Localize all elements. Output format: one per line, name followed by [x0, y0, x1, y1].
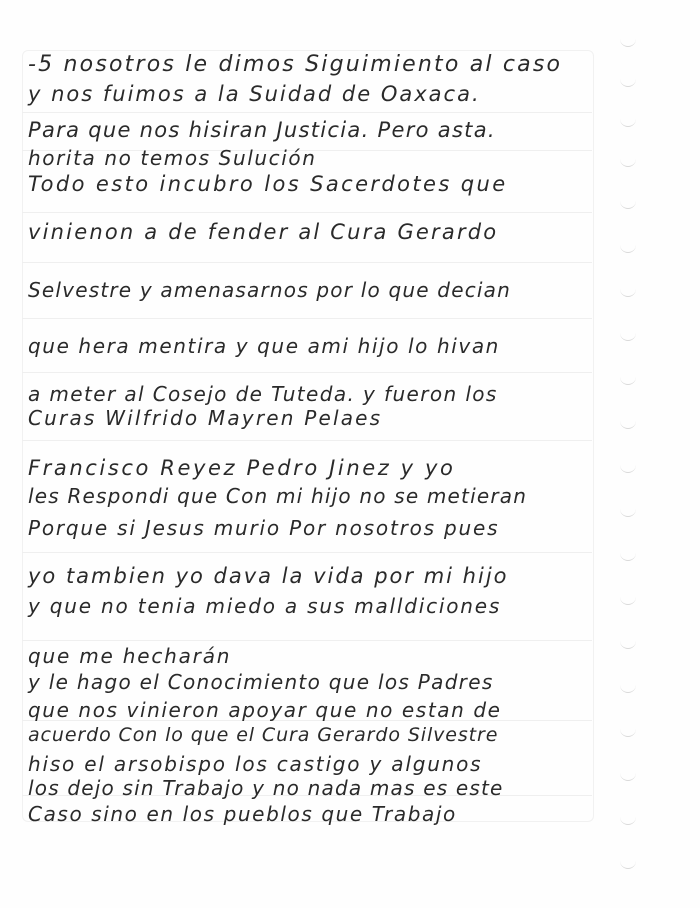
text-line-3: Para que nos hisiran Justicia. Pero asta… — [28, 118, 496, 142]
rule-line — [22, 262, 592, 263]
margin-arc-mark — [620, 332, 636, 341]
margin-arc-mark — [620, 420, 636, 429]
margin-arc-mark — [620, 78, 636, 87]
margin-arc-mark — [620, 288, 636, 297]
margin-arc-mark — [620, 816, 636, 825]
text-line-12: les Respondi que Con mi hijo no se metie… — [28, 484, 527, 508]
margin-arc-mark — [620, 684, 636, 693]
margin-arc-mark — [620, 728, 636, 737]
text-line-22: Caso sino en los pueblos que Trabajo — [28, 802, 457, 826]
rule-line — [22, 112, 592, 113]
text-line-13: Porque si Jesus murio Por nosotros pues — [28, 516, 499, 540]
text-line-8: que hera mentira y que ami hijo lo hivan — [28, 334, 500, 358]
margin-arc-mark — [620, 640, 636, 649]
margin-arc-mark — [620, 508, 636, 517]
text-line-19: acuerdo Con lo que el Cura Gerardo Silve… — [28, 724, 498, 746]
margin-arc-mark — [620, 772, 636, 781]
text-line-14: yo tambien yo dava la vida por mi hijo — [28, 564, 509, 588]
margin-arc-mark — [620, 376, 636, 385]
text-line-1: -5 nosotros le dimos Siguimiento al caso — [28, 52, 562, 77]
margin-arc-mark — [620, 38, 636, 47]
text-line-2: y nos fuimos a la Suidad de Oaxaca. — [28, 82, 481, 106]
rule-line — [22, 318, 592, 319]
margin-arc-mark — [620, 464, 636, 473]
text-line-18: que nos vinieron apoyar que no estan de — [28, 698, 502, 722]
margin-arc-mark — [620, 118, 636, 127]
text-line-11: Francisco Reyez Pedro Jinez y yo — [28, 456, 455, 480]
margin-arc-mark — [620, 860, 636, 869]
rule-line — [22, 372, 592, 373]
rule-line — [22, 640, 592, 641]
margin-arc-mark — [620, 244, 636, 253]
text-line-10: Curas Wilfrido Mayren Pelaes — [28, 406, 382, 430]
text-line-6: vinienon a de fender al Cura Gerardo — [28, 220, 498, 244]
text-line-15: y que no tenia miedo a sus malldiciones — [28, 594, 501, 618]
text-line-21: los dejo sin Trabajo y no nada mas es es… — [28, 776, 504, 800]
rule-line — [22, 552, 592, 553]
text-line-7: Selvestre y amenasarnos por lo que decia… — [28, 278, 511, 302]
rule-line — [22, 440, 592, 441]
scanned-page: -5 nosotros le dimos Siguimiento al caso… — [0, 0, 700, 908]
margin-arc-mark — [620, 596, 636, 605]
margin-arc-mark — [620, 158, 636, 167]
text-line-9: a meter al Cosejo de Tuteda. y fueron lo… — [28, 382, 498, 406]
text-line-17: y le hago el Conocimiento que los Padres — [28, 670, 494, 694]
rule-line — [22, 212, 592, 213]
margin-arc-mark — [620, 552, 636, 561]
text-line-20: hiso el arsobispo los castigo y algunos — [28, 752, 482, 776]
margin-arc-mark — [620, 200, 636, 209]
text-line-16: que me hecharán — [28, 644, 231, 668]
text-line-5: Todo esto incubro los Sacerdotes que — [28, 172, 508, 196]
text-line-4: horita no temos Sulución — [28, 146, 317, 170]
